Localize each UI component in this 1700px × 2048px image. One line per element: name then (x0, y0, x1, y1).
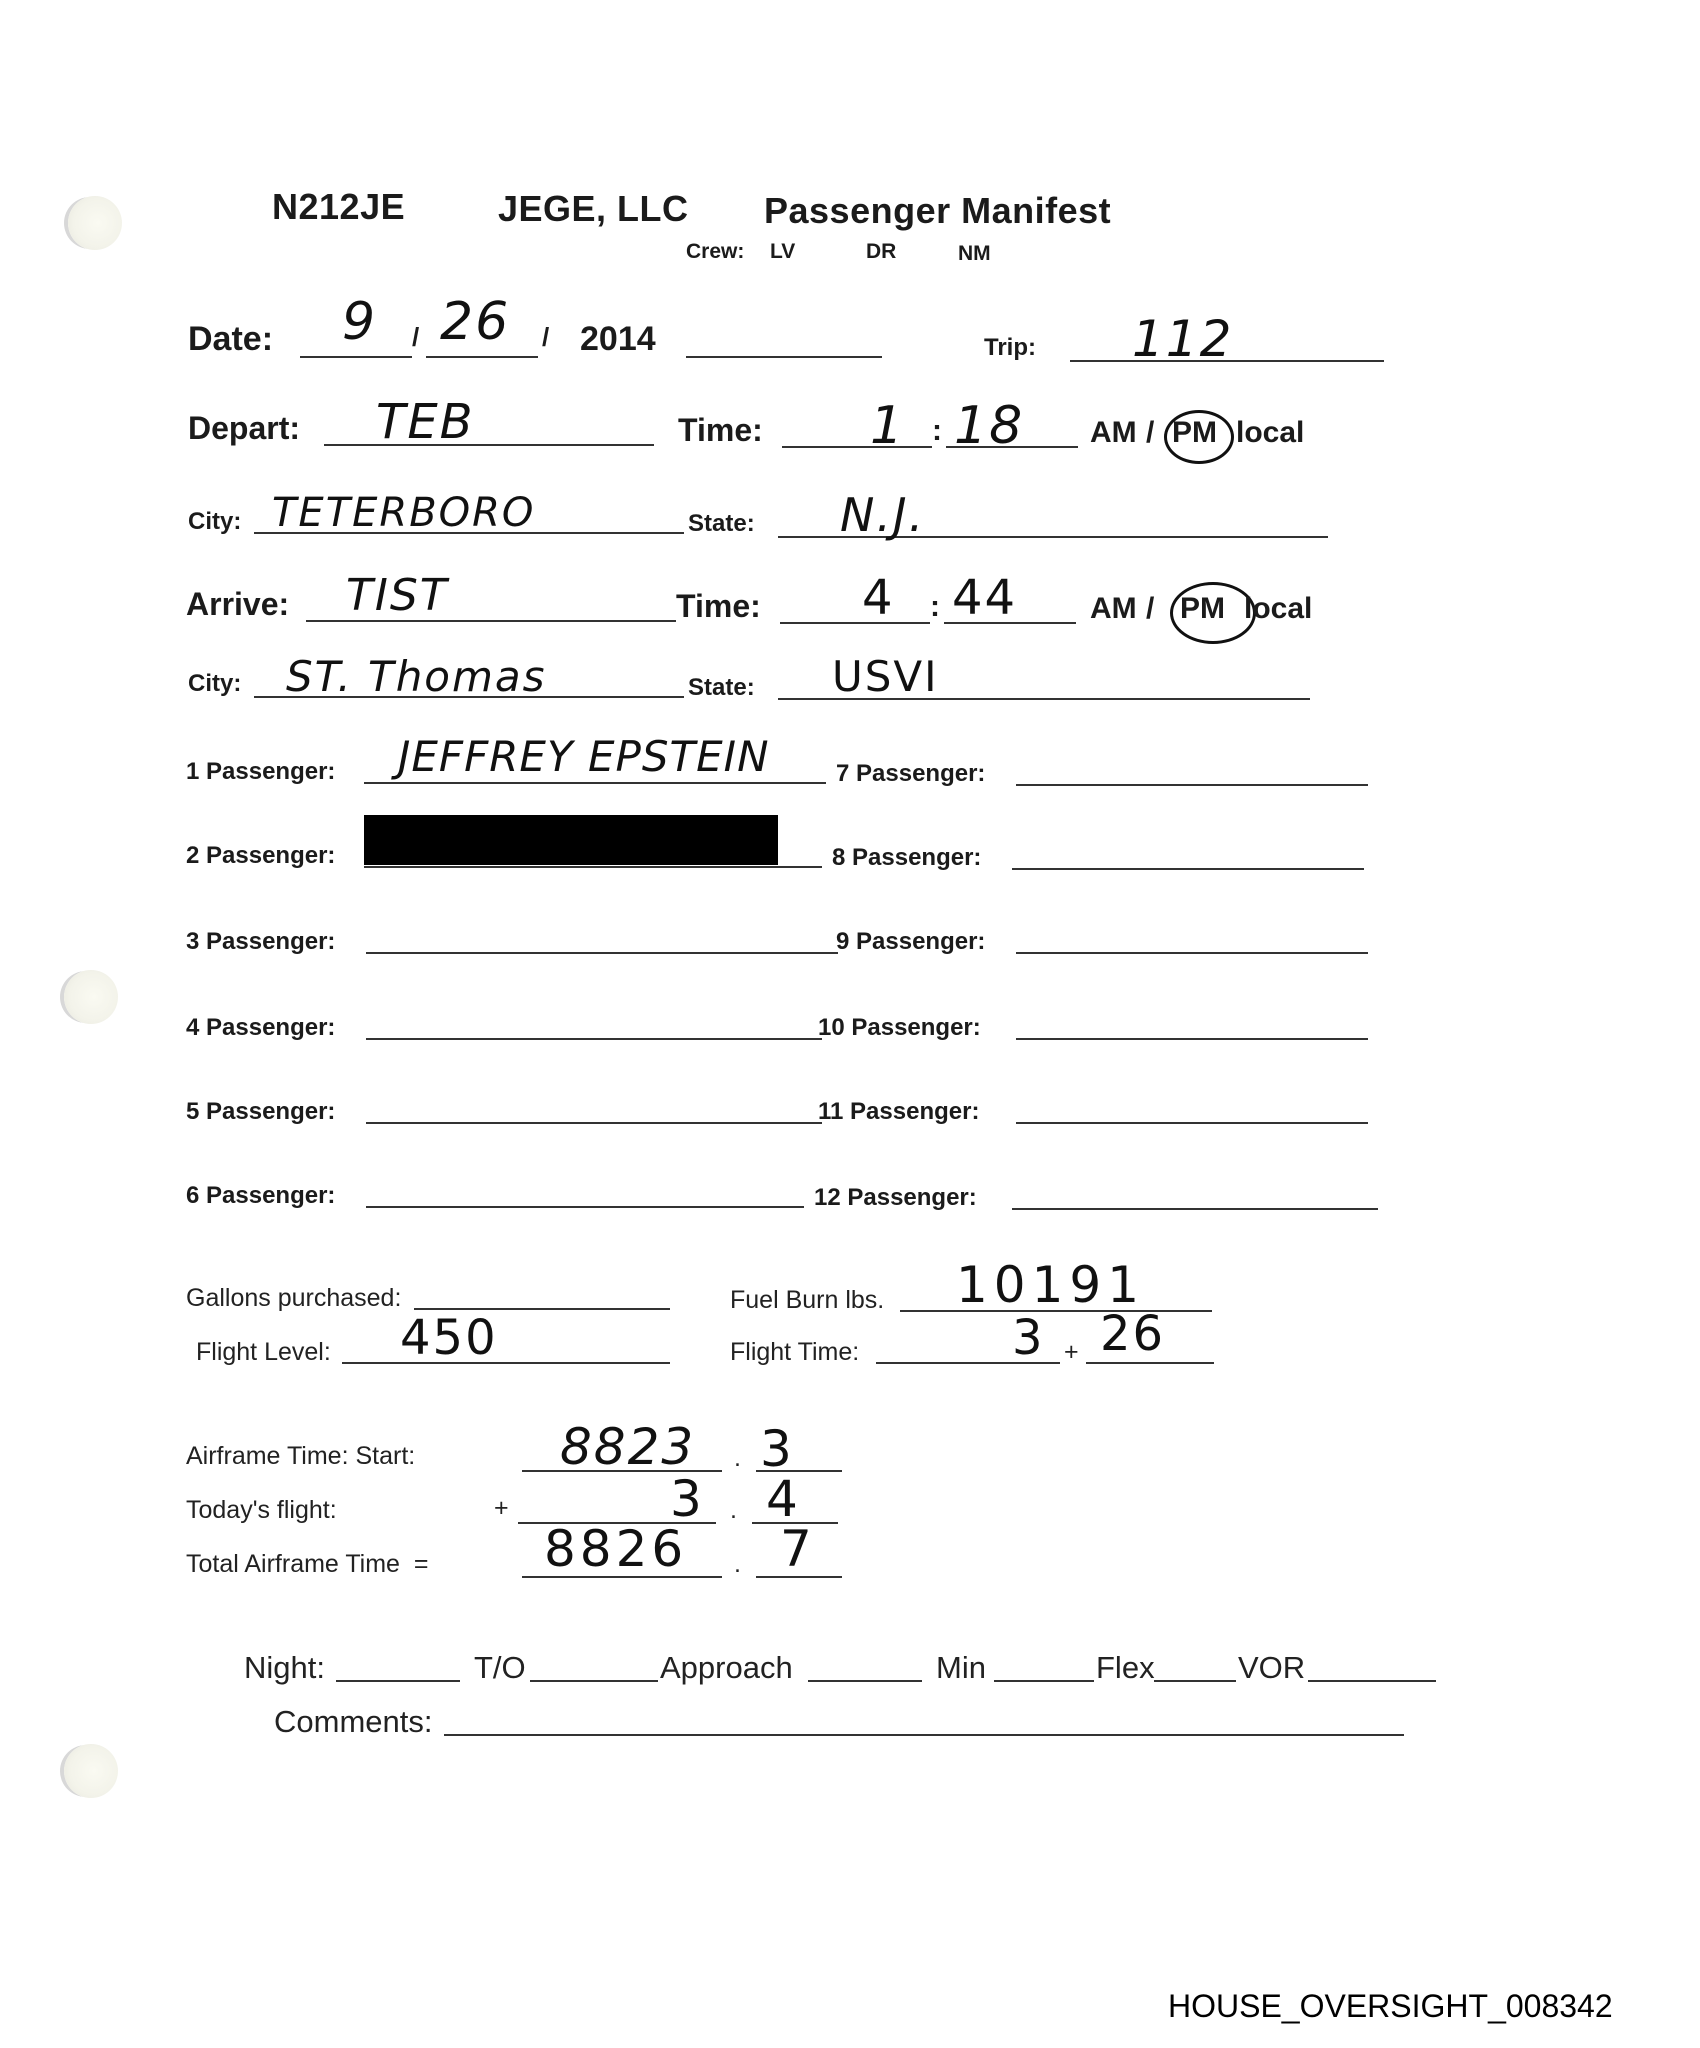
passenger-4-field[interactable] (366, 1038, 822, 1040)
total-airframe-tenth-value: 7 (780, 1520, 814, 1578)
flight-level-field[interactable] (342, 1362, 670, 1364)
depart-field[interactable] (324, 444, 654, 446)
flex-label: Flex (1096, 1650, 1155, 1686)
airframe-start-dot: . (734, 1444, 741, 1473)
comments-label: Comments: (274, 1704, 432, 1740)
depart-hour-field[interactable] (782, 446, 932, 448)
depart-state-value: N.J. (840, 488, 925, 542)
passenger-12-label: 12 Passenger: (814, 1184, 977, 1212)
depart-city-value: TETERBORO (272, 490, 535, 536)
depart-hour-value: 1 (870, 396, 905, 456)
night-field[interactable] (336, 1680, 460, 1682)
page-title: Passenger Manifest (764, 190, 1111, 232)
tail-number: N212JE (272, 186, 405, 228)
depart-pm-selected-circle (1164, 410, 1234, 464)
flight-level-value: 450 (400, 1310, 498, 1366)
passenger-7-label: 7 Passenger: (836, 760, 985, 788)
date-month-field[interactable] (300, 356, 412, 358)
crew-member-3: NM (958, 242, 991, 266)
depart-state-label: State: (688, 510, 755, 538)
flight-level-label: Flight Level: (196, 1338, 331, 1367)
passenger-9-label: 9 Passenger: (836, 928, 985, 956)
arrive-state-value: USVI (832, 652, 939, 701)
arrive-label: Arrive: (186, 586, 289, 623)
depart-local-label: local (1236, 416, 1304, 450)
min-field[interactable] (994, 1680, 1094, 1682)
arrive-hour-field[interactable] (780, 622, 930, 624)
company-name: JEGE, LLC (498, 188, 689, 230)
bates-number: HOUSE_OVERSIGHT_008342 (1168, 1988, 1613, 2025)
depart-label: Depart: (188, 410, 300, 447)
trip-label: Trip: (984, 334, 1036, 362)
crew-label: Crew: (686, 240, 744, 264)
flight-time-label: Flight Time: (730, 1338, 859, 1367)
passenger-2-field[interactable] (364, 866, 822, 868)
passenger-9-field[interactable] (1016, 952, 1368, 954)
flight-time-minutes-field[interactable] (1086, 1362, 1214, 1364)
night-label: Night: (244, 1650, 325, 1686)
passenger-6-field[interactable] (366, 1206, 804, 1208)
passenger-11-field[interactable] (1016, 1122, 1368, 1124)
passenger-12-field[interactable] (1012, 1208, 1378, 1210)
date-day-field[interactable] (426, 356, 538, 358)
airframe-start-whole-value: 8823 (560, 1418, 695, 1476)
arrive-value: TIST (346, 570, 449, 621)
flight-time-minutes-value: 26 (1100, 1306, 1165, 1362)
fuel-burn-label: Fuel Burn lbs. (730, 1286, 884, 1315)
vor-field[interactable] (1308, 1680, 1436, 1682)
arrive-am-option[interactable]: AM (1090, 592, 1137, 626)
depart-city-label: City: (188, 508, 241, 536)
date-label: Date: (188, 320, 273, 359)
min-label: Min (936, 1650, 986, 1686)
flex-field[interactable] (1154, 1680, 1236, 1682)
arrive-local-label: local (1244, 592, 1312, 626)
date-day-value: 26 (440, 292, 510, 352)
passenger-8-label: 8 Passenger: (832, 844, 981, 872)
depart-minute-value: 18 (954, 396, 1024, 456)
total-airframe-label: Total Airframe Time = (186, 1550, 428, 1579)
date-separator-1: / (412, 322, 419, 353)
passenger-2-redaction (364, 815, 778, 865)
date-year-field[interactable] (686, 356, 882, 358)
total-airframe-dot: . (734, 1550, 741, 1579)
total-airframe-whole-value: 8826 (544, 1520, 687, 1578)
todays-flight-label: Today's flight: (186, 1496, 337, 1525)
flight-time-plus: + (1064, 1338, 1079, 1367)
trip-value: 112 (1132, 310, 1233, 368)
punch-hole-bottom (64, 1744, 118, 1798)
takeoff-label: T/O (474, 1650, 526, 1686)
passenger-3-field[interactable] (366, 952, 838, 954)
passenger-5-field[interactable] (366, 1122, 822, 1124)
passenger-3-label: 3 Passenger: (186, 928, 335, 956)
vor-label: VOR (1238, 1650, 1305, 1686)
depart-time-colon: : (932, 414, 942, 448)
depart-ampm-slash: / (1146, 416, 1154, 450)
passenger-7-field[interactable] (1016, 784, 1368, 786)
passenger-8-field[interactable] (1012, 868, 1364, 870)
passenger-1-value: JEFFREY EPSTEIN (398, 732, 770, 781)
punch-hole-middle (64, 970, 118, 1024)
approach-field[interactable] (808, 1680, 922, 1682)
passenger-6-label: 6 Passenger: (186, 1182, 335, 1210)
passenger-5-label: 5 Passenger: (186, 1098, 335, 1126)
depart-value: TEB (376, 394, 475, 450)
date-separator-2: / (542, 322, 549, 353)
arrive-hour-value: 4 (862, 570, 895, 626)
punch-hole-top (68, 196, 122, 250)
passenger-1-label: 1 Passenger: (186, 758, 335, 786)
gallons-purchased-label: Gallons purchased: (186, 1284, 401, 1313)
approach-label: Approach (660, 1650, 793, 1686)
passenger-10-label: 10 Passenger: (818, 1014, 981, 1042)
date-year: 2014 (580, 320, 656, 359)
arrive-minute-value: 44 (952, 570, 1017, 626)
passenger-4-label: 4 Passenger: (186, 1014, 335, 1042)
crew-member-1: LV (770, 240, 795, 264)
depart-time-label: Time: (678, 412, 763, 449)
passenger-2-label: 2 Passenger: (186, 842, 335, 870)
date-month-value: 9 (342, 292, 377, 352)
arrive-city-label: City: (188, 670, 241, 698)
todays-flight-dot: . (730, 1496, 737, 1525)
arrive-state-label: State: (688, 674, 755, 702)
flight-time-hours-value: 3 (1012, 1310, 1045, 1366)
passenger-10-field[interactable] (1016, 1038, 1368, 1040)
airframe-start-label: Airframe Time: Start: (186, 1442, 415, 1471)
crew-member-2: DR (866, 240, 896, 264)
takeoff-field[interactable] (530, 1680, 658, 1682)
passenger-1-field[interactable] (364, 782, 826, 784)
arrive-city-value: ST. Thomas (286, 652, 547, 701)
arrive-time-label: Time: (676, 588, 761, 625)
todays-flight-plus: + (494, 1494, 509, 1523)
comments-field[interactable] (444, 1734, 1404, 1736)
passenger-11-label: 11 Passenger: (818, 1098, 979, 1126)
arrive-time-colon: : (930, 590, 940, 624)
arrive-ampm-slash: / (1146, 592, 1154, 626)
depart-am-option[interactable]: AM (1090, 416, 1137, 450)
